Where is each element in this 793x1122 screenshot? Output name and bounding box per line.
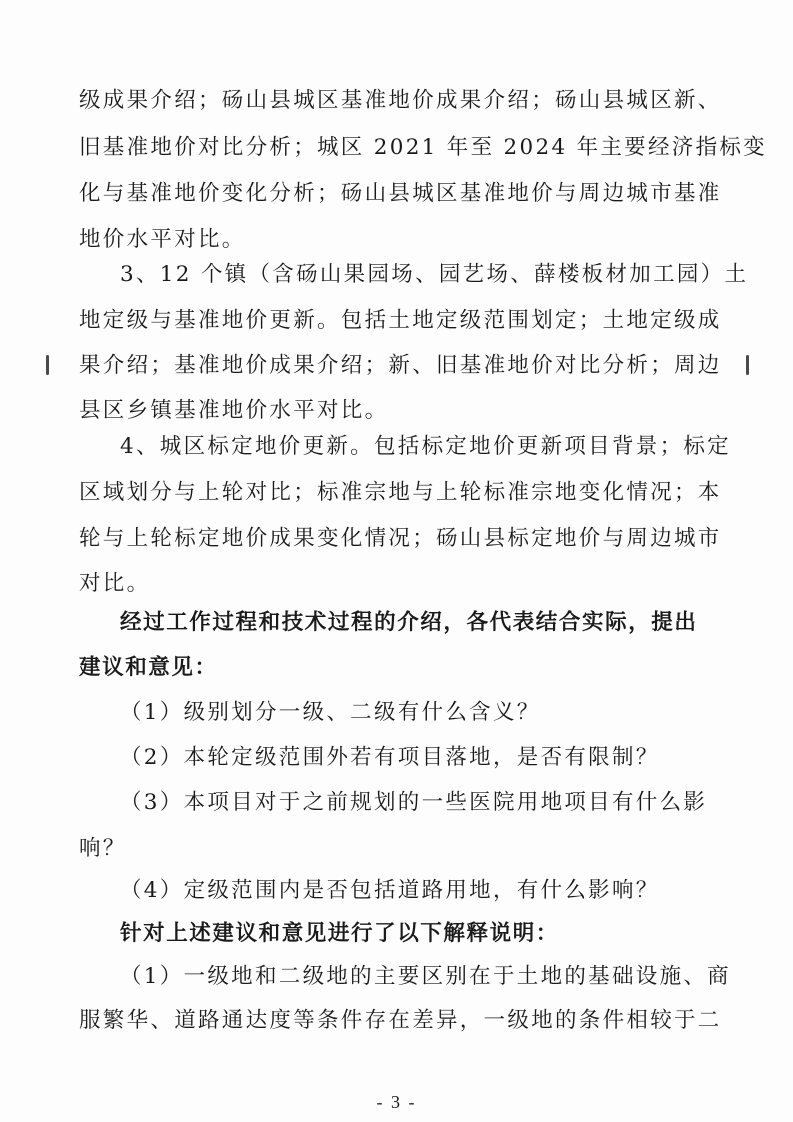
document-page: 级成果介绍；砀山县城区基准地价成果介绍；砀山县城区新、 旧基准地价对比分析；城区…: [0, 0, 793, 1122]
answer-1-cont: 服繁华、道路通达度等条件存在差异，一级地的条件相较于二: [79, 1010, 722, 1032]
text-line: 对比。: [79, 573, 150, 595]
text-line: 轮与上轮标定地价成果变化情况；砀山县标定地价与周边城市: [79, 528, 722, 550]
answer-1: （1）一级地和二级地的主要区别在于土地的基础设施、商: [120, 966, 731, 988]
text-line: 地定级与基准地价更新。包括土地定级范围划定；土地定级成: [79, 310, 722, 332]
text-line: 县区乡镇基准地价水平对比。: [79, 400, 388, 422]
question-4: （4）定级范围内是否包括道路用地，有什么影响？: [120, 880, 660, 902]
text-line: 级成果介绍；砀山县城区基准地价成果介绍；砀山县城区新、: [79, 90, 722, 112]
binding-mark-right: [746, 355, 749, 375]
question-1: （1）级别划分一级、二级有什么含义？: [120, 702, 541, 724]
binding-mark-left: [46, 355, 49, 375]
question-3: （3）本项目对于之前规划的一些医院用地项目有什么影: [120, 792, 707, 814]
page-number: - 3 -: [0, 1092, 793, 1113]
section-intro-heading: 经过工作过程和技术过程的介绍，各代表结合实际，提出: [120, 612, 698, 634]
list-item-4-start: 4、城区标定地价更新。包括标定地价更新项目背景；标定: [120, 436, 731, 458]
text-line: 化与基准地价变化分析；砀山县城区基准地价与周边城市基准: [79, 183, 722, 205]
text-line: 果介绍；基准地价成果介绍；新、旧基准地价对比分析；周边: [79, 355, 722, 377]
text-line: 区域划分与上轮对比；标准宗地与上轮标准宗地变化情况；本: [79, 482, 722, 504]
section-intro-heading: 建议和意见：: [79, 657, 218, 679]
question-2: （2）本轮定级范围外若有项目落地，是否有限制？: [120, 747, 660, 769]
text-line: 旧基准地价对比分析；城区 2021 年至 2024 年主要经济指标变: [79, 137, 767, 159]
explanation-heading: 针对上述建议和意见进行了以下解释说明：: [120, 923, 559, 945]
list-item-3-start: 3、12 个镇（含砀山果园场、园艺场、薛楼板材加工园）土: [120, 264, 748, 286]
text-line: 地价水平对比。: [79, 229, 246, 251]
question-3-cont: 响？: [79, 838, 127, 860]
